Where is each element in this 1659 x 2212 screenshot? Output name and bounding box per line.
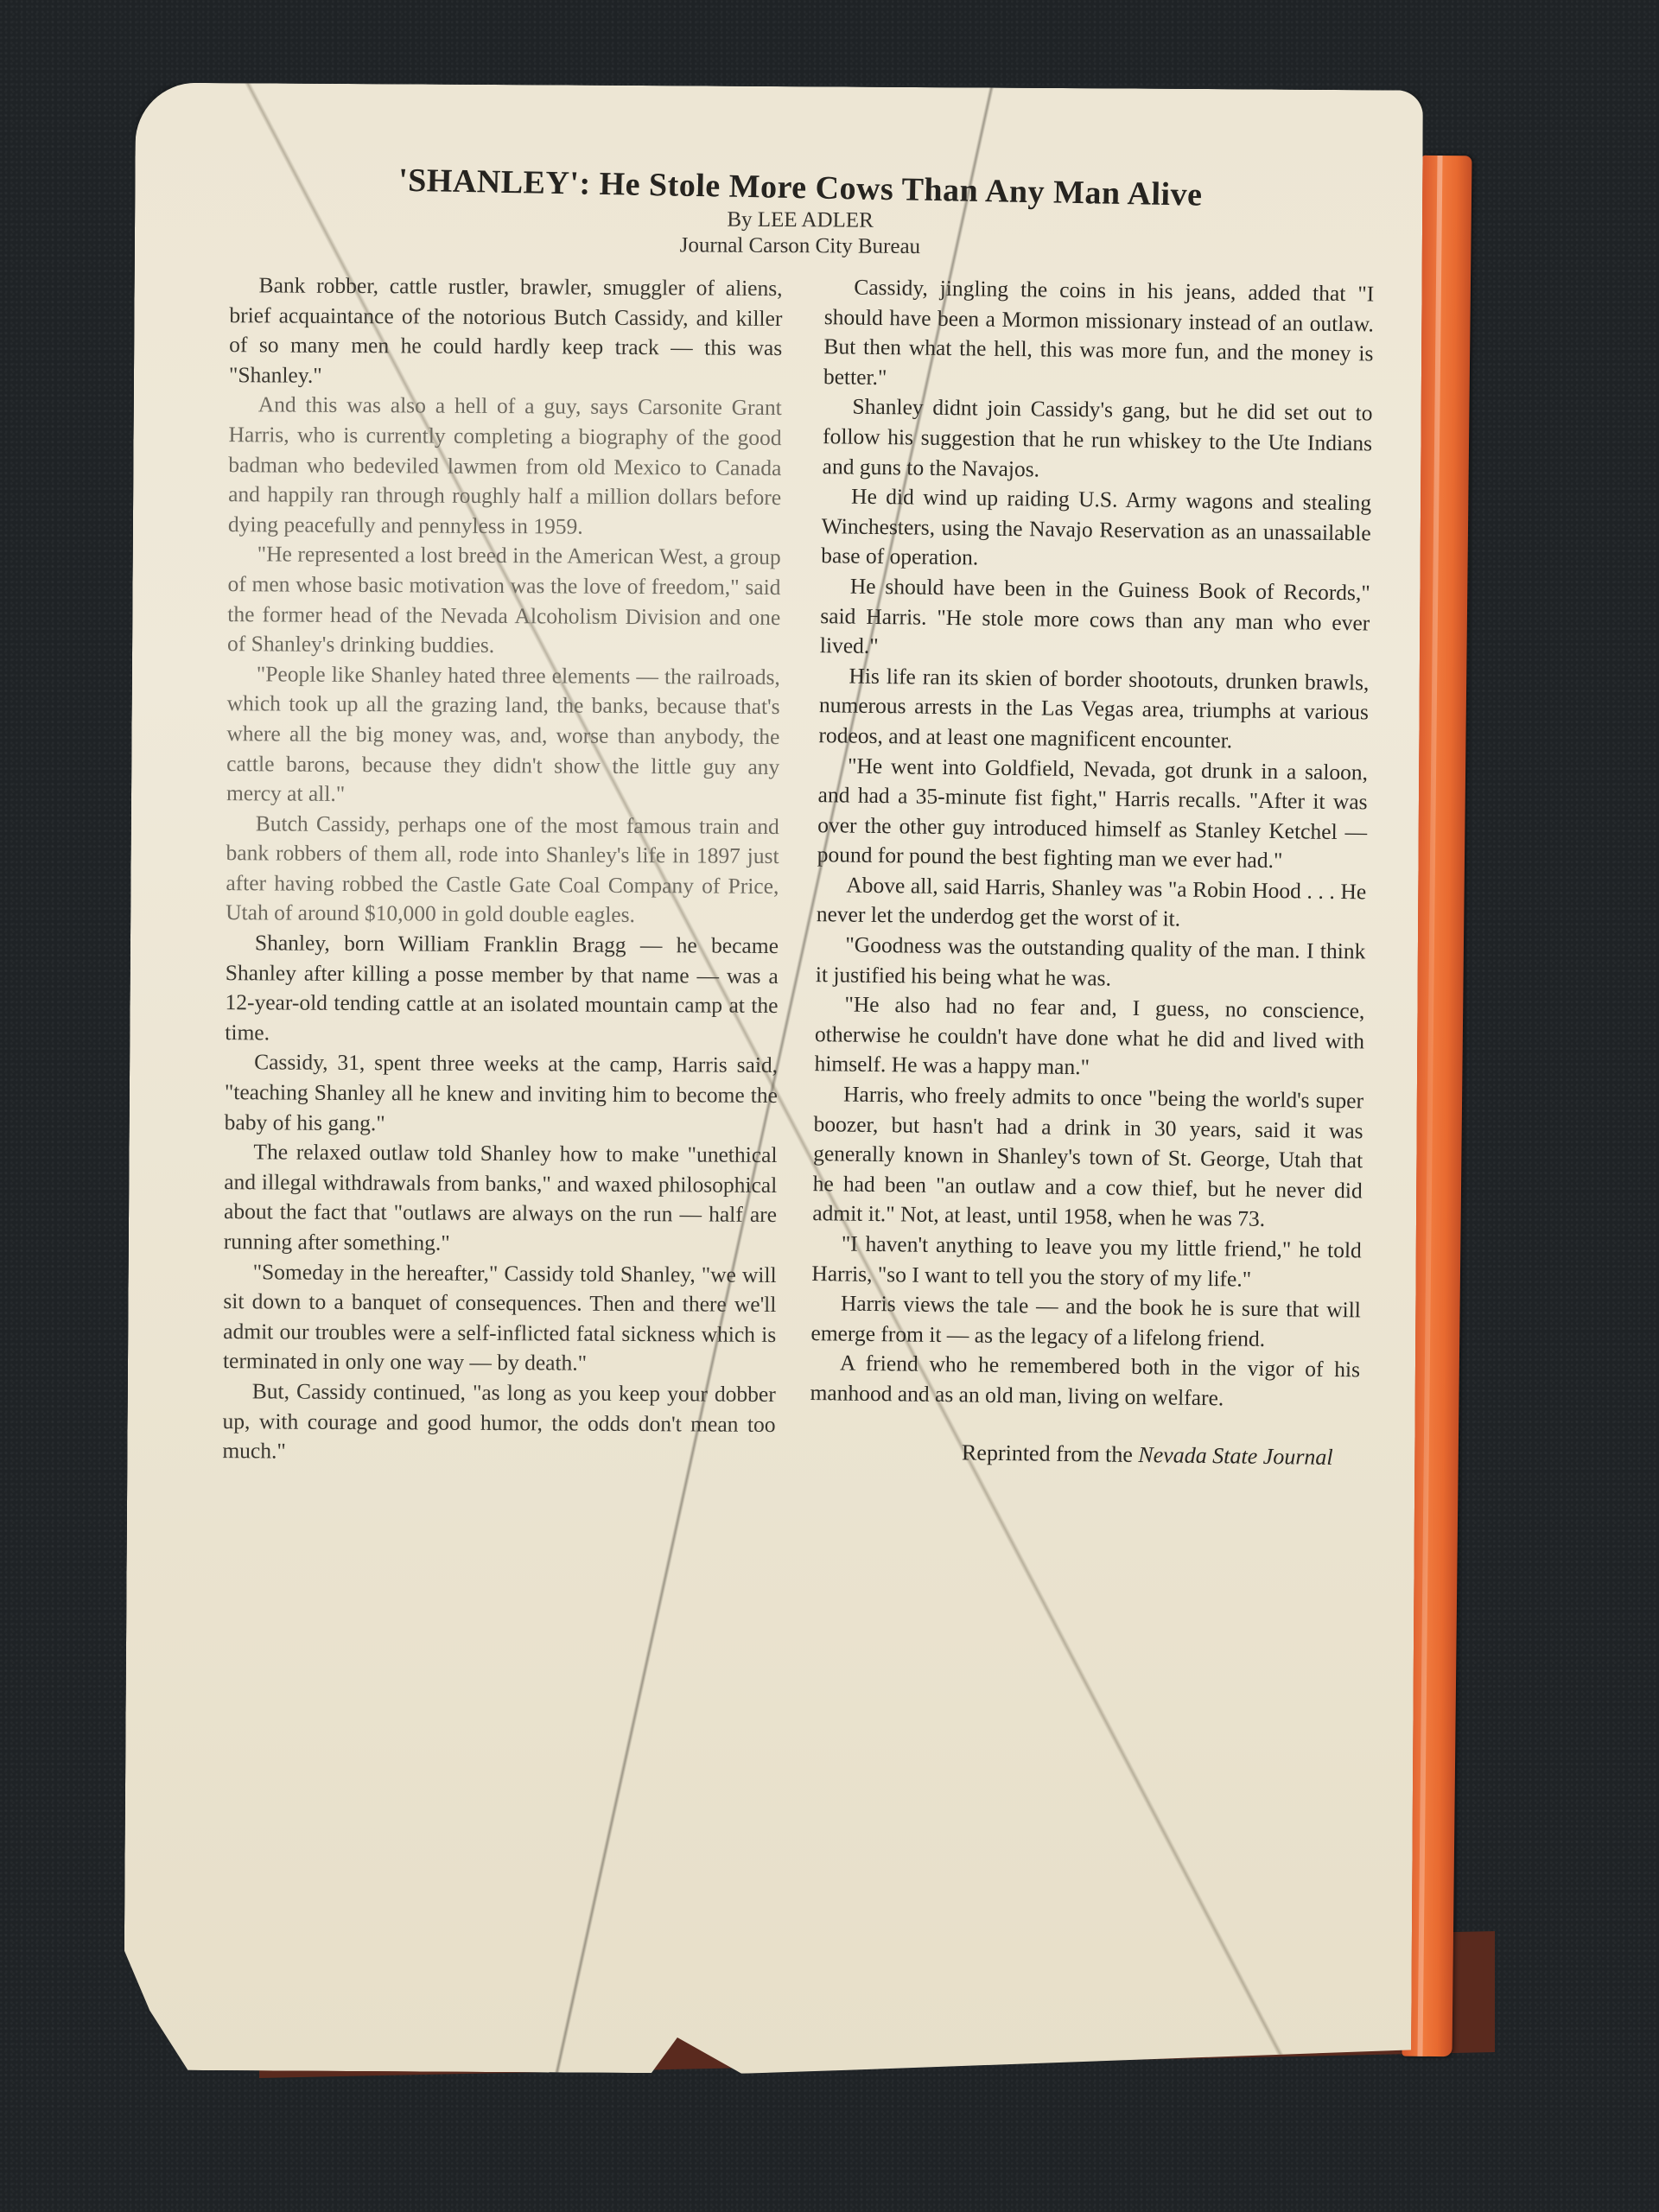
paragraph: Butch Cassidy, perhaps one of the most f… [226, 809, 779, 931]
paragraph: "He represented a lost breed in the Amer… [227, 539, 781, 662]
paragraph: "He went into Goldfield, Nevada, got dru… [817, 751, 1368, 878]
paragraph: Cassidy, jingling the coins in his jeans… [823, 272, 1375, 399]
paragraph: He should have been in the Guiness Book … [820, 571, 1370, 668]
paragraph: The relaxed outlaw told Shanley how to m… [224, 1137, 778, 1260]
right-column: Cassidy, jingling the coins in his jeans… [805, 272, 1374, 1475]
paragraph: "Someday in the hereafter," Cassidy told… [223, 1257, 777, 1380]
article: 'SHANLEY': He Stole More Cows Than Any M… [222, 165, 1370, 1473]
dust-jacket: 'SHANLEY': He Stole More Cows Than Any M… [124, 82, 1423, 2077]
left-column: Bank robber, cattle rustler, brawler, sm… [222, 270, 782, 1470]
paragraph: Bank robber, cattle rustler, brawler, sm… [229, 270, 783, 393]
paragraph: "People like Shanley hated three element… [226, 659, 780, 812]
paragraph: Above all, said Harris, Shanley was "a R… [817, 870, 1367, 938]
paragraph: But, Cassidy continued, "as long as you … [222, 1376, 776, 1470]
paragraph: And this was also a hell of a guy, says … [228, 391, 782, 543]
paragraph: Harris, who freely admits to once "being… [812, 1079, 1363, 1236]
article-columns: Bank robber, cattle rustler, brawler, sm… [222, 270, 1370, 1473]
credit-prefix: Reprinted from the [962, 1440, 1139, 1467]
paragraph: He did wind up raiding U.S. Army wagons … [821, 481, 1371, 578]
paragraph: "I haven't anything to leave you my litt… [811, 1229, 1362, 1296]
paragraph: Harris views the tale — and the book he … [810, 1288, 1361, 1356]
paragraph: Shanley didnt join Cassidy's gang, but h… [822, 392, 1372, 489]
paragraph: Shanley, born William Franklin Bragg — h… [225, 928, 779, 1051]
paragraph: His life ran its skien of border shootou… [818, 661, 1369, 758]
paragraph: "He also had no fear and, I guess, no co… [814, 989, 1364, 1086]
credit-source: Nevada State Journal [1138, 1442, 1333, 1470]
bureau: Journal Carson City Bureau [230, 231, 1370, 262]
paragraph: A friend who he remembered both in the v… [810, 1348, 1360, 1415]
reprint-credit: Reprinted from the Nevada State Journal [810, 1438, 1359, 1471]
paragraph: "Goodness was the outstanding quality of… [816, 930, 1366, 997]
paragraph: Cassidy, 31, spent three weeks at the ca… [225, 1048, 779, 1141]
